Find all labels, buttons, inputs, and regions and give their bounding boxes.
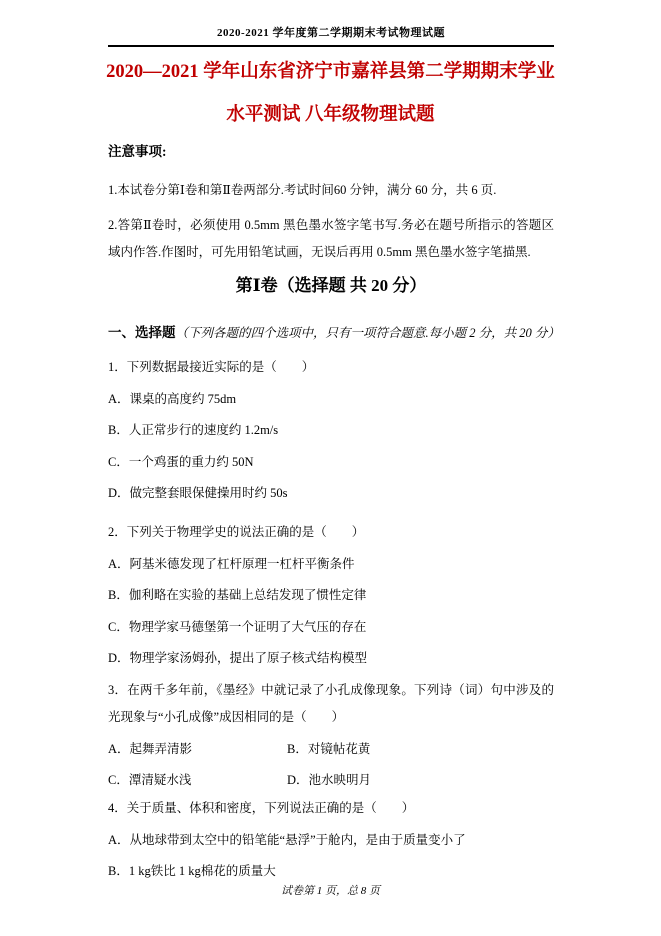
question-3-option-b: B．对镜帖花黄	[287, 736, 554, 763]
exam-page: 2020-2021 学年度第二学期期末考试物理试题 2020—2021 学年山东…	[0, 0, 661, 936]
question-1: 1．下列数据最接近实际的是（ ） A．课桌的高度约 75dm B．人正常步行的速…	[108, 354, 554, 512]
multiple-choice-note: （下列各题的四个选项中，只有一项符合题意.每小题 2 分，共 20 分）	[176, 326, 560, 340]
question-4: 4．关于质量、体积和密度，下列说法正确的是（ ） A．从地球带到太空中的铅笔能“…	[108, 795, 554, 890]
question-3-stem: 3．在两千多年前，《墨经》中就记录了小孔成像现象。下列诗（词）句中涉及的光现象与…	[108, 677, 554, 731]
question-1-option-a: A．课桌的高度约 75dm	[108, 386, 554, 413]
notice-section: 注意事项: 1.本试卷分第Ⅰ卷和第Ⅱ卷两部分.考试时间60 分钟，满分 60 分…	[108, 138, 554, 274]
question-4-stem: 4．关于质量、体积和密度，下列说法正确的是（ ）	[108, 795, 554, 822]
notice-item-2: 2.答第Ⅱ卷时，必须使用 0.5mm 黑色墨水签字笔书写.务必在题号所指示的答题…	[108, 212, 554, 266]
section1-heading: 第Ⅰ卷（选择题 共 20 分）	[108, 271, 554, 301]
notice-item-1: 1.本试卷分第Ⅰ卷和第Ⅱ卷两部分.考试时间60 分钟，满分 60 分，共 6 页…	[108, 177, 554, 204]
header-title: 2020-2021 学年度第二学期期末考试物理试题	[217, 27, 445, 39]
exam-title-line1: 2020—2021 学年山东省济宁市嘉祥县第二学期期末学业	[70, 51, 591, 94]
question-1-option-b: B．人正常步行的速度约 1.2m/s	[108, 417, 554, 444]
question-3-option-c: C．潭清疑水浅	[108, 767, 287, 794]
question-2-option-a: A．阿基米德发现了杠杆原理一杠杆平衡条件	[108, 551, 554, 578]
page-header: 2020-2021 学年度第二学期期末考试物理试题	[108, 24, 554, 47]
exam-title-line2: 水平测试 八年级物理试题	[70, 94, 591, 137]
multiple-choice-header: 一、选择题（下列各题的四个选项中，只有一项符合题意.每小题 2 分，共 20 分…	[108, 319, 578, 347]
question-2-option-b: B．伽利略在实验的基础上总结发现了惯性定律	[108, 582, 554, 609]
question-1-option-c: C．一个鸡蛋的重力约 50N	[108, 449, 554, 476]
multiple-choice-label: 一、选择题	[108, 325, 176, 340]
question-1-stem: 1．下列数据最接近实际的是（ ）	[108, 354, 554, 381]
notice-heading: 注意事项:	[108, 138, 554, 165]
question-1-option-d: D．做完整套眼保健操用时约 50s	[108, 480, 554, 507]
page-footer: 试卷第 1 页，总 8 页	[0, 882, 661, 898]
question-2-option-d: D．物理学家汤姆孙，提出了原子核式结构模型	[108, 645, 554, 672]
question-2-option-c: C．物理学家马德堡第一个证明了大气压的存在	[108, 614, 554, 641]
question-2-stem: 2．下列关于物理学史的说法正确的是（ ）	[108, 519, 554, 546]
question-4-option-a: A．从地球带到太空中的铅笔能“悬浮”于舱内，是由于质量变小了	[108, 827, 554, 854]
exam-title: 2020—2021 学年山东省济宁市嘉祥县第二学期期末学业 水平测试 八年级物理…	[70, 51, 591, 137]
question-3-options: A．起舞弄清影 B．对镜帖花黄 C．潭清疑水浅 D．池水映明月	[108, 736, 554, 799]
question-3-option-a: A．起舞弄清影	[108, 736, 287, 763]
question-2: 2．下列关于物理学史的说法正确的是（ ） A．阿基米德发现了杠杆原理一杠杆平衡条…	[108, 519, 554, 677]
question-3-option-d: D．池水映明月	[287, 767, 554, 794]
question-3: 3．在两千多年前，《墨经》中就记录了小孔成像现象。下列诗（词）句中涉及的光现象与…	[108, 677, 554, 799]
question-4-option-b: B．1 kg铁比 1 kg棉花的质量大	[108, 858, 554, 885]
